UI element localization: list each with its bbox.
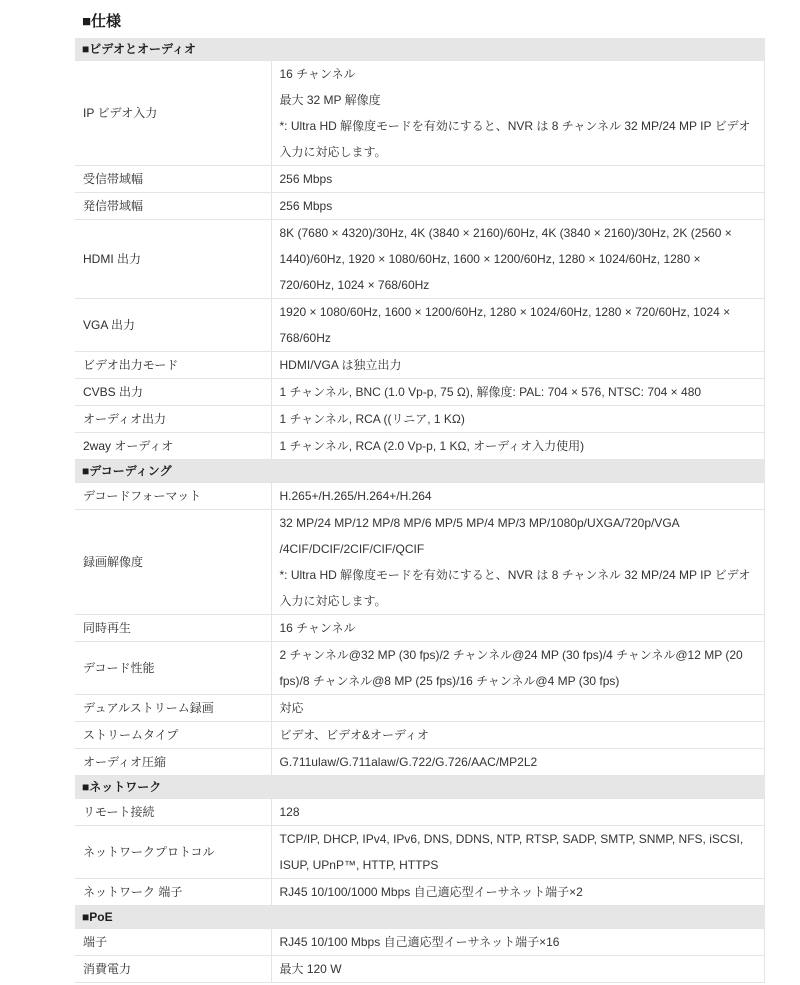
spec-value-outgoing-bandwidth: 256 Mbps <box>271 193 765 220</box>
table-row: 同時再生 16 チャンネル <box>75 615 765 642</box>
spec-value-dual-stream-recording: 対応 <box>271 695 765 722</box>
table-row: HDMI 出力 8K (7680 × 4320)/30Hz, 4K (3840 … <box>75 220 765 299</box>
section-row: ■ビデオとオーディオ <box>75 38 765 61</box>
table-row: デコード性能 2 チャンネル@32 MP (30 fps)/2 チャンネル@24… <box>75 642 765 695</box>
spec-value-2way-audio: 1 チャンネル, RCA (2.0 Vp-p, 1 KΩ, オーディオ入力使用) <box>271 433 765 460</box>
spec-label-outgoing-bandwidth: 発信帯域幅 <box>75 193 271 220</box>
section-header-decoding: ■デコーディング <box>75 460 765 483</box>
spec-value-decoding-capability: 2 チャンネル@32 MP (30 fps)/2 チャンネル@24 MP (30… <box>271 642 765 695</box>
table-row: ビデオ出力モード HDMI/VGA は独立出力 <box>75 352 765 379</box>
table-row: オーディオ圧縮 G.711ulaw/G.711alaw/G.722/G.726/… <box>75 749 765 776</box>
spec-label-power-consumption: 消費電力 <box>75 956 271 983</box>
table-row: 2way オーディオ 1 チャンネル, RCA (2.0 Vp-p, 1 KΩ,… <box>75 433 765 460</box>
spec-label-sync-playback: 同時再生 <box>75 615 271 642</box>
spec-label-vga-output: VGA 出力 <box>75 299 271 352</box>
table-row: CVBS 出力 1 チャンネル, BNC (1.0 Vp-p, 75 Ω), 解… <box>75 379 765 406</box>
spec-value-cvbs-output: 1 チャンネル, BNC (1.0 Vp-p, 75 Ω), 解像度: PAL:… <box>271 379 765 406</box>
table-row: ネットワーク 端子 RJ45 10/100/1000 Mbps 自己適応型イーサ… <box>75 879 765 906</box>
table-row: 受信帯域幅 256 Mbps <box>75 166 765 193</box>
table-row: 消費電力 最大 120 W <box>75 956 765 983</box>
spec-value-hdmi-output: 8K (7680 × 4320)/30Hz, 4K (3840 × 2160)/… <box>271 220 765 299</box>
spec-label-network-protocols: ネットワークプロトコル <box>75 826 271 879</box>
table-row: VGA 出力 1920 × 1080/60Hz, 1600 × 1200/60H… <box>75 299 765 352</box>
table-row: リモート接続 128 <box>75 799 765 826</box>
section-row: ■PoE <box>75 906 765 929</box>
spec-value-video-output-mode: HDMI/VGA は独立出力 <box>271 352 765 379</box>
table-row: 録画解像度 32 MP/24 MP/12 MP/8 MP/6 MP/5 MP/4… <box>75 510 765 615</box>
section-header-video-audio: ■ビデオとオーディオ <box>75 38 765 61</box>
spec-value-poe-interface: RJ45 10/100 Mbps 自己適応型イーサネット端子×16 <box>271 929 765 956</box>
spec-label-hdmi-output: HDMI 出力 <box>75 220 271 299</box>
table-row: 発信帯域幅 256 Mbps <box>75 193 765 220</box>
table-row: デュアルストリーム録画 対応 <box>75 695 765 722</box>
table-row: オーディオ出力 1 チャンネル, RCA ((リニア, 1 KΩ) <box>75 406 765 433</box>
spec-value-audio-output: 1 チャンネル, RCA ((リニア, 1 KΩ) <box>271 406 765 433</box>
table-row: IP ビデオ入力 16 チャンネル 最大 32 MP 解像度 *: Ultra … <box>75 61 765 166</box>
spec-value-remote-connections: 128 <box>271 799 765 826</box>
spec-value-vga-output: 1920 × 1080/60Hz, 1600 × 1200/60Hz, 1280… <box>271 299 765 352</box>
spec-value-sync-playback: 16 チャンネル <box>271 615 765 642</box>
spec-label-incoming-bandwidth: 受信帯域幅 <box>75 166 271 193</box>
section-row: ■デコーディング <box>75 460 765 483</box>
spec-value-ip-video-input: 16 チャンネル 最大 32 MP 解像度 *: Ultra HD 解像度モード… <box>271 61 765 166</box>
spec-label-dual-stream-recording: デュアルストリーム録画 <box>75 695 271 722</box>
page-title: ■仕様 <box>82 10 765 31</box>
spec-label-network-interface: ネットワーク 端子 <box>75 879 271 906</box>
spec-label-cvbs-output: CVBS 出力 <box>75 379 271 406</box>
spec-value-power-consumption: 最大 120 W <box>271 956 765 983</box>
spec-table: ■ビデオとオーディオ IP ビデオ入力 16 チャンネル 最大 32 MP 解像… <box>75 38 765 983</box>
spec-label-decoding-format: デコードフォーマット <box>75 483 271 510</box>
table-row: ストリームタイプ ビデオ、ビデオ&オーディオ <box>75 722 765 749</box>
spec-label-poe-interface: 端子 <box>75 929 271 956</box>
spec-label-decoding-capability: デコード性能 <box>75 642 271 695</box>
section-header-network: ■ネットワーク <box>75 776 765 799</box>
table-row: デコードフォーマット H.265+/H.265/H.264+/H.264 <box>75 483 765 510</box>
spec-label-remote-connections: リモート接続 <box>75 799 271 826</box>
table-row: 端子 RJ45 10/100 Mbps 自己適応型イーサネット端子×16 <box>75 929 765 956</box>
spec-label-recording-resolution: 録画解像度 <box>75 510 271 615</box>
spec-value-decoding-format: H.265+/H.265/H.264+/H.264 <box>271 483 765 510</box>
spec-value-network-protocols: TCP/IP, DHCP, IPv4, IPv6, DNS, DDNS, NTP… <box>271 826 765 879</box>
spec-value-incoming-bandwidth: 256 Mbps <box>271 166 765 193</box>
spec-value-recording-resolution: 32 MP/24 MP/12 MP/8 MP/6 MP/5 MP/4 MP/3 … <box>271 510 765 615</box>
spec-page: ■仕様 ■ビデオとオーディオ IP ビデオ入力 16 チャンネル 最大 32 M… <box>0 0 800 985</box>
spec-label-audio-output: オーディオ出力 <box>75 406 271 433</box>
spec-label-video-output-mode: ビデオ出力モード <box>75 352 271 379</box>
spec-value-audio-compression: G.711ulaw/G.711alaw/G.722/G.726/AAC/MP2L… <box>271 749 765 776</box>
spec-label-audio-compression: オーディオ圧縮 <box>75 749 271 776</box>
spec-label-ip-video-input: IP ビデオ入力 <box>75 61 271 166</box>
section-row: ■ネットワーク <box>75 776 765 799</box>
table-row: ネットワークプロトコル TCP/IP, DHCP, IPv4, IPv6, DN… <box>75 826 765 879</box>
spec-value-stream-type: ビデオ、ビデオ&オーディオ <box>271 722 765 749</box>
spec-label-stream-type: ストリームタイプ <box>75 722 271 749</box>
spec-label-2way-audio: 2way オーディオ <box>75 433 271 460</box>
section-header-poe: ■PoE <box>75 906 765 929</box>
spec-value-network-interface: RJ45 10/100/1000 Mbps 自己適応型イーサネット端子×2 <box>271 879 765 906</box>
